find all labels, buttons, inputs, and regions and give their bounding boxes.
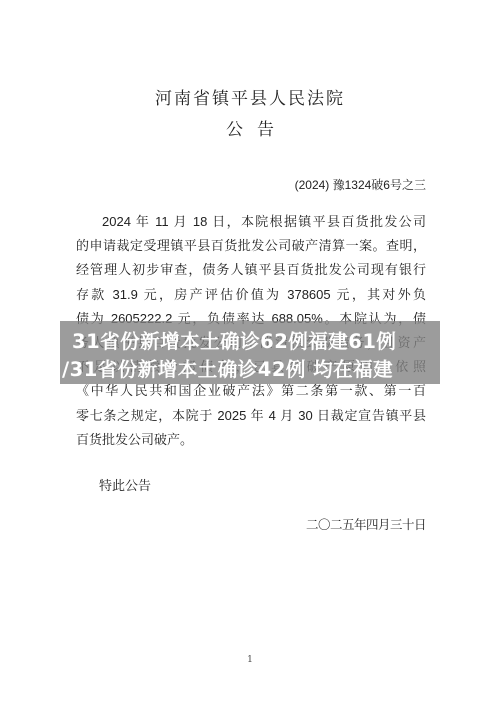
court-name: 河南省镇平县人民法院	[0, 84, 500, 109]
banner-headline-line-2: /31省份新增本土确诊42例 均在福建	[62, 354, 440, 382]
headline-overlay-banner: 31省份新增本土确诊62例福建61例 /31省份新增本土确诊42例 均在福建	[60, 321, 440, 384]
body-line: 2024 年 11 月 18 日，本院根据镇平县百货批发公司	[76, 210, 426, 234]
body-line: 的申请裁定受理镇平县百货批发公司破产清算一案。查明，	[76, 234, 426, 258]
page-number: 1	[0, 655, 500, 665]
signature-date: 二〇二五年四月三十日	[306, 515, 426, 533]
closing-phrase: 特此公告	[99, 475, 151, 494]
body-line: 存款 31.9 元，房产评估价值为 378605 元，其对外负	[76, 283, 426, 307]
document-page: 河南省镇平县人民法院 公告 (2024) 豫1324破6号之三 2024 年 1…	[0, 0, 500, 706]
body-line: 经管理人初步审查，债务人镇平县百货批发公司现有银行	[76, 258, 426, 282]
body-line: 百货批发公司破产。	[76, 428, 426, 452]
case-number: (2024) 豫1324破6号之三	[295, 176, 426, 193]
document-title: 公告	[0, 115, 500, 140]
banner-headline-line-1: 31省份新增本土确诊62例福建61例	[72, 326, 440, 354]
body-line: 零七条之规定，本院于 2025 年 4 月 30 日裁定宣告镇平县	[76, 404, 426, 428]
